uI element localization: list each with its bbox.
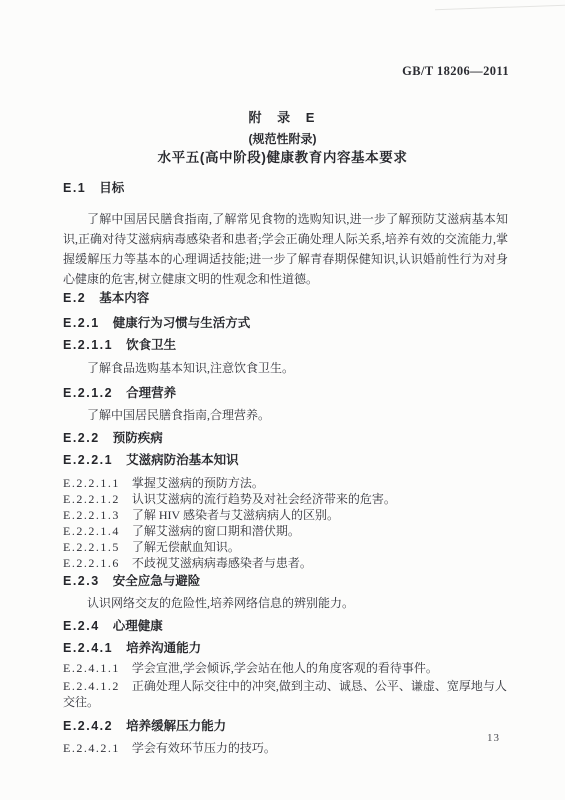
section-number: E.2.4	[63, 619, 100, 633]
section-heading: E.2.4.2培养缓解压力能力	[63, 719, 508, 733]
paragraph: 了解中国居民膳食指南,合理营养。	[63, 408, 508, 422]
list-item: E.2.2.1.2认识艾滋病的流行趋势及对社会经济带来的危害。	[63, 491, 508, 507]
item-number: E.2.2.1.6	[63, 556, 120, 570]
appendix-main-title: 水平五(高中阶段)健康教育内容基本要求	[0, 150, 565, 166]
list-item: E.2.2.1.3了解 HIV 感染者与艾滋病病人的区别。	[63, 507, 508, 523]
document-page: GB/T 18206—2011 附 录 E (规范性附录) 水平五(高中阶段)健…	[0, 0, 565, 800]
item-text: 学会有效环节压力的技巧。	[132, 741, 276, 755]
section-heading-label: 基本内容	[99, 291, 149, 305]
item-number: E.2.4.1.1	[63, 661, 120, 675]
standard-code-header: GB/T 18206—2011	[402, 64, 509, 79]
section-heading: E.2.1.2合理营养	[63, 386, 508, 400]
list-item: E.2.4.1.2正确处理人际交往中的冲突,做到主动、诚恳、公平、谦虚、宽厚地与…	[63, 678, 508, 710]
item-text: 了解艾滋病的窗口期和潜伏期。	[132, 524, 300, 538]
section-number: E.1	[63, 181, 86, 195]
section-heading-label: 目标	[99, 181, 124, 195]
section-heading-label: 心理健康	[113, 619, 163, 633]
list-item: E.2.4.1.1学会宣泄,学会倾诉,学会站在他人的角度客观的看待事件。	[63, 660, 508, 676]
section-heading: E.2.1.1饮食卫生	[63, 338, 508, 352]
section-number: E.2.4.1	[63, 641, 113, 655]
list-item: E.2.2.1.5了解无偿献血知识。	[63, 539, 508, 555]
item-number: E.2.2.1.3	[63, 508, 120, 522]
section-heading: E.1目标	[63, 181, 508, 195]
paragraph: 了解中国居民膳食指南,了解常见食物的选购知识,进一步了解预防艾滋病基本知识,正确…	[63, 209, 508, 289]
item-text: 不歧视艾滋病病毒感染者与患者。	[132, 556, 312, 570]
item-text: 了解 HIV 感染者与艾滋病病人的区别。	[132, 508, 339, 522]
item-number: E.2.4.2.1	[63, 741, 120, 755]
section-number: E.2.4.2	[63, 719, 113, 733]
section-heading-label: 艾滋病防治基本知识	[126, 453, 239, 467]
section-heading-label: 安全应急与避险	[113, 574, 201, 588]
item-number: E.2.2.1.2	[63, 492, 120, 506]
section-heading-label: 饮食卫生	[126, 338, 176, 352]
list-item: E.2.2.1.4了解艾滋病的窗口期和潜伏期。	[63, 523, 508, 539]
section-heading: E.2.2预防疾病	[63, 431, 508, 445]
item-number: E.2.4.1.2	[63, 679, 120, 693]
numbered-item-list: E.2.2.1.1掌握艾滋病的预防方法。 E.2.2.1.2认识艾滋病的流行趋势…	[63, 475, 508, 571]
section-heading-label: 健康行为习惯与生活方式	[113, 316, 251, 330]
appendix-normative-label: (规范性附录)	[0, 131, 565, 147]
section-heading: E.2.2.1艾滋病防治基本知识	[63, 453, 508, 467]
list-item: E.2.2.1.1掌握艾滋病的预防方法。	[63, 475, 508, 491]
section-heading: E.2.1健康行为习惯与生活方式	[63, 316, 508, 330]
section-heading-label: 合理营养	[126, 386, 176, 400]
item-text: 正确处理人际交往中的冲突,做到主动、诚恳、公平、谦虚、宽厚地与人交往。	[63, 679, 507, 709]
list-item: E.2.4.2.1学会有效环节压力的技巧。	[63, 740, 508, 756]
section-heading: E.2基本内容	[63, 291, 508, 305]
section-heading: E.2.4.1培养沟通能力	[63, 641, 508, 655]
item-number: E.2.2.1.1	[63, 476, 120, 490]
section-number: E.2.1.2	[63, 386, 113, 400]
document-body: E.1目标 了解中国居民膳食指南,了解常见食物的选购知识,进一步了解预防艾滋病基…	[0, 181, 565, 756]
appendix-title-block: 附 录 E (规范性附录) 水平五(高中阶段)健康教育内容基本要求	[0, 0, 565, 166]
section-number: E.2.2.1	[63, 453, 113, 467]
section-number: E.2.3	[63, 574, 100, 588]
page-number: 13	[487, 732, 500, 744]
paragraph: 了解食品选购基本知识,注意饮食卫生。	[63, 361, 508, 375]
item-text: 了解无偿献血知识。	[132, 540, 240, 554]
section-number: E.2.1.1	[63, 338, 113, 352]
item-number: E.2.2.1.4	[63, 524, 120, 538]
item-text: 学会宣泄,学会倾诉,学会站在他人的角度客观的看待事件。	[132, 661, 438, 675]
item-text: 掌握艾滋病的预防方法。	[132, 476, 264, 490]
appendix-title: 附 录 E	[0, 110, 565, 126]
section-number: E.2	[63, 291, 86, 305]
section-heading-label: 预防疾病	[113, 431, 163, 445]
section-number: E.2.1	[63, 316, 100, 330]
section-heading-label: 培养沟通能力	[126, 641, 201, 655]
list-item: E.2.2.1.6不歧视艾滋病病毒感染者与患者。	[63, 555, 508, 571]
item-number: E.2.2.1.5	[63, 540, 120, 554]
paragraph: 认识网络交友的危险性,培养网络信息的辨别能力。	[63, 596, 508, 610]
section-heading-label: 培养缓解压力能力	[126, 719, 226, 733]
section-heading: E.2.3安全应急与避险	[63, 574, 508, 588]
item-text: 认识艾滋病的流行趋势及对社会经济带来的危害。	[132, 492, 396, 506]
section-heading: E.2.4心理健康	[63, 619, 508, 633]
section-number: E.2.2	[63, 431, 100, 445]
